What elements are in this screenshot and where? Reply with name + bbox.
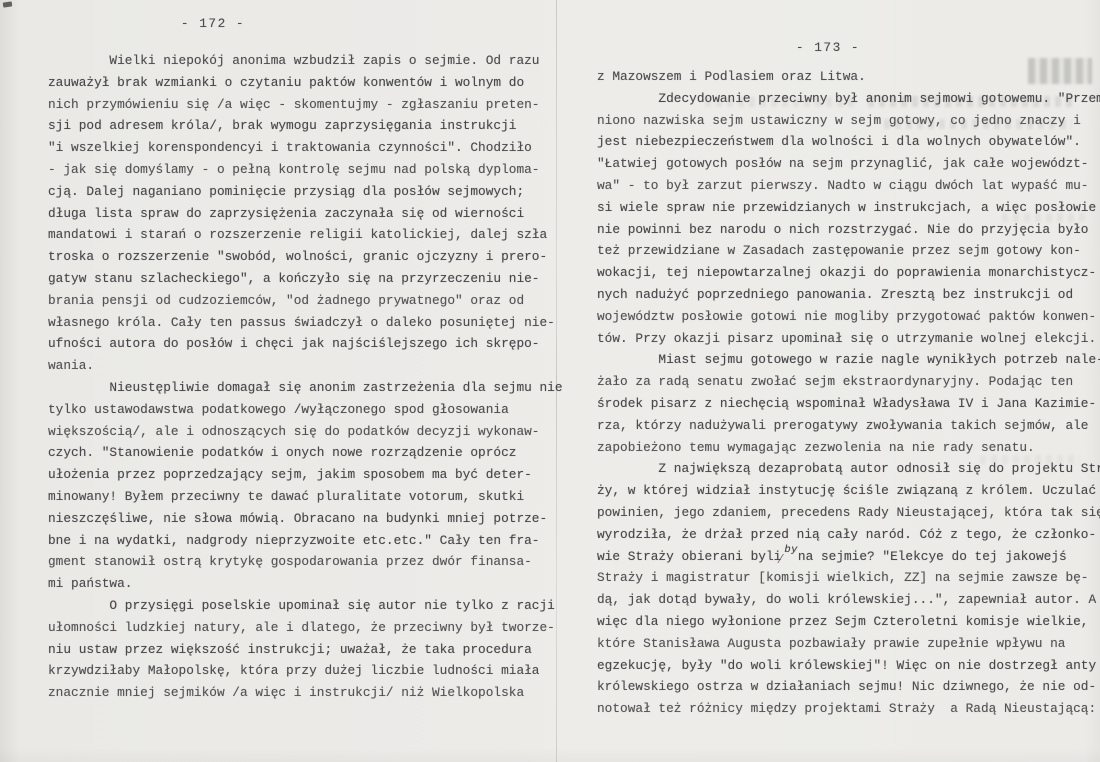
text-line: si wiele spraw nie przewidzianych w inst…: [597, 197, 1099, 219]
text-line: egzekucję, były "do woli królewskiej"! W…: [597, 655, 1099, 677]
text-line: wie Straży obierani bylibyna sejmie? "El…: [597, 546, 1099, 568]
text-line: czych. "Stanowienie podatków i onych now…: [48, 442, 550, 464]
text-line: gment stanowił ostrą krytykę gospodarowa…: [48, 551, 550, 573]
page-number-left: - 172 -: [48, 16, 378, 31]
text-line: nieszczęśliwe, nie słowa mówią. Obracano…: [48, 508, 550, 530]
text-segment: na sejmie? "Elekcye do tej jakowejś: [798, 549, 1067, 564]
text-line: rza, którzy nadużywali prerogatywy zwoły…: [597, 415, 1099, 437]
text-line: żało za radą senatu zwołać sejm ekstraor…: [597, 371, 1099, 393]
text-line: dą, jak dotąd bywały, do woli królewskie…: [597, 589, 1099, 611]
right-page-text: z Mazowszem i Podlasiem oraz Litwa. Zdec…: [597, 66, 1099, 720]
text-line: bne i na wydatki, nadgrody nieprzyzwoite…: [48, 530, 550, 552]
text-line: powinien, jego zdaniem, precedens Rady N…: [597, 502, 1099, 524]
text-line: "i wszelkiej korenspondencyi i traktowan…: [48, 137, 550, 159]
text-line: królewskiego ostrza w działaniach sejmu!…: [597, 676, 1099, 698]
text-line: - jak się domyślamy - o pełną kontrolę s…: [48, 159, 550, 181]
text-line: krzywdziłaby Małopolskę, która przy duże…: [48, 660, 550, 682]
text-line: mi państwa.: [48, 573, 550, 595]
text-line: Z największą dezaprobatą autor odnosił s…: [597, 458, 1099, 480]
scanned-book-spread: - 172 - Wielki niepokój anonima wzbudził…: [0, 0, 1100, 762]
text-line: z Mazowszem i Podlasiem oraz Litwa.: [597, 66, 1099, 88]
text-line: które Stanisława Augusta pozbawiały praw…: [597, 633, 1099, 655]
text-line: brania pensji od cudzoziemców, "od żadne…: [48, 290, 550, 312]
text-line: nych nadużyć poprzedniego panowania. Zre…: [597, 284, 1099, 306]
text-line: "Łatwiej gotowych posłów na sejm przynag…: [597, 153, 1099, 175]
text-line: tylko ustawodawstwa podatkowego /wyłączo…: [48, 399, 550, 421]
text-line: ułożenia przez poprzedzający sejm, jakim…: [48, 464, 550, 486]
text-segment: wie Straży obierani byli: [597, 549, 781, 564]
text-line: gatyw stanu szlacheckiego", a kończyło s…: [48, 268, 550, 290]
text-line: środek pisarz z niechęcią wspominał Wład…: [597, 393, 1099, 415]
text-line: nie powinni bez narodu o nich rozstrzyga…: [597, 219, 1099, 241]
text-line: Miast sejmu gotowego w razie nagle wynik…: [597, 349, 1099, 371]
text-line: wa" - to był zarzut pierwszy. Nadto w ci…: [597, 175, 1099, 197]
text-line: województw posłowie gotowi nie mogliby p…: [597, 306, 1099, 328]
text-line: własnego króla. Cały ten passus świadczy…: [48, 312, 550, 334]
text-line: wokacji, tej niepowtarzalnej okazji do p…: [597, 262, 1099, 284]
text-line: minowany! Byłem przeciwny te dawać plura…: [48, 486, 550, 508]
text-line: wyrodziła, że drżał przed nią cały naród…: [597, 524, 1099, 546]
text-line: więc dla niego wyłonione przez Sejm Czte…: [597, 611, 1099, 633]
text-line: nich przymówieniu się /a więc - skomentu…: [48, 94, 550, 116]
text-line: tów. Przy okazji pisarz upominał się o u…: [597, 328, 1099, 350]
text-line: niono nazwiska sejm ustawiczny w sejm go…: [597, 110, 1099, 132]
text-line: większością/, ale i odnoszących się do p…: [48, 421, 550, 443]
text-line: zapobieżono temu wymagając zezwolenia na…: [597, 437, 1099, 459]
text-line: Wielki niepokój anonima wzbudził zapis o…: [48, 50, 550, 72]
text-line: ży, w której widział instytucję ściśle z…: [597, 480, 1099, 502]
text-line: wania.: [48, 355, 550, 377]
ink-speck: [3, 1, 13, 7]
text-line: też przewidziane w Zasadach zastępowanie…: [597, 240, 1099, 262]
text-line: O przysięgi poselskie upominał się autor…: [48, 595, 550, 617]
text-line: sji pod adresem króla/, brak wymogu zapr…: [48, 115, 550, 137]
text-line: ułomności ludzkiej natury, ale i dlatego…: [48, 617, 550, 639]
text-line: jest niebezpieczeństwem dla wolności i d…: [597, 131, 1099, 153]
text-line: Nieustępliwie domagał się anonim zastrze…: [48, 377, 550, 399]
text-line: znacznie mniej sejmików /a więc i instru…: [48, 682, 550, 704]
text-line: ufności autora do posłów i chęci jak naj…: [48, 333, 550, 355]
text-line: troska o rozszerzenie "swobód, wolności,…: [48, 246, 550, 268]
text-line: zauważył brak wzmianki o czytaniu paktów…: [48, 72, 550, 94]
text-line: cją. Dalej naganiano pominięcie przysiąg…: [48, 181, 550, 203]
handwritten-superscript: by: [784, 544, 798, 556]
left-page-text: Wielki niepokój anonima wzbudził zapis o…: [48, 50, 550, 704]
text-line: niu ustaw przez większość instrukcji; uw…: [48, 639, 550, 661]
text-line: notował też różnicy między projektami St…: [597, 698, 1099, 720]
text-line: długa lista spraw do zaprzysiężenia zacz…: [48, 203, 550, 225]
text-line: Zdecydowanie przeciwny był anonim sejmow…: [597, 88, 1099, 110]
text-line: Straży i magistratur [komisji wielkich, …: [597, 567, 1099, 589]
text-line: mandatowi i starań o rozszerzenie religi…: [48, 224, 550, 246]
page-number-right: - 173 -: [597, 40, 1059, 55]
